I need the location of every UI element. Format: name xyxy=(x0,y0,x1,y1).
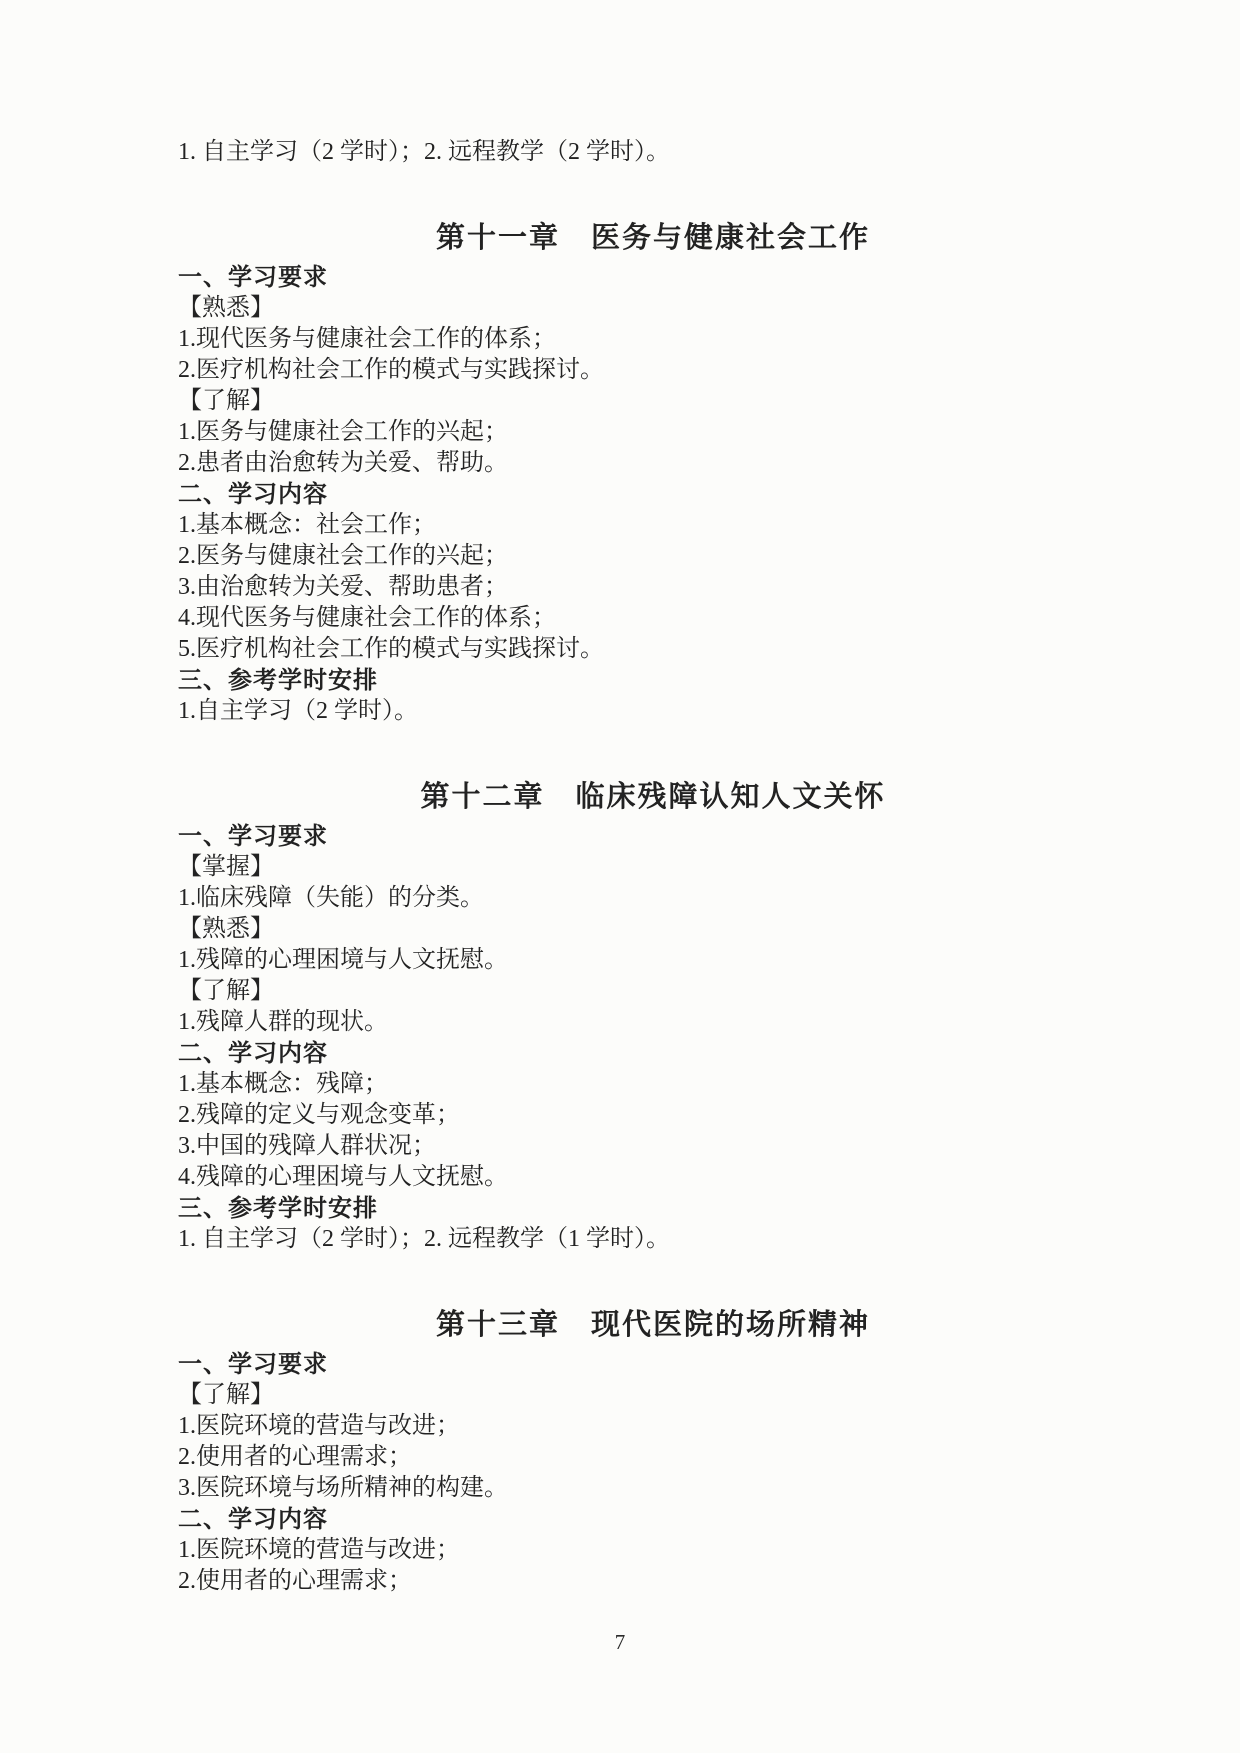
page-number: 7 xyxy=(0,1630,1240,1655)
list-item: 1.现代医务与健康社会工作的体系； xyxy=(178,324,1128,355)
list-item: 4.残障的心理困境与人文抚慰。 xyxy=(178,1162,1128,1193)
section-heading-content: 二、学习内容 xyxy=(178,1504,1128,1535)
section-heading-content: 二、学习内容 xyxy=(178,479,1128,510)
list-item: 1.残障人群的现状。 xyxy=(178,1007,1128,1038)
list-item: 1.医院环境的营造与改进； xyxy=(178,1411,1128,1442)
list-item: 1.医务与健康社会工作的兴起； xyxy=(178,417,1128,448)
list-item: 2.使用者的心理需求； xyxy=(178,1442,1128,1473)
list-item: 3.医院环境与场所精神的构建。 xyxy=(178,1473,1128,1504)
list-item: 1.基本概念：残障； xyxy=(178,1069,1128,1100)
list-item: 5.医疗机构社会工作的模式与实践探讨。 xyxy=(178,634,1128,665)
level-label-master: 【掌握】 xyxy=(178,852,1128,883)
hours-summary-line: 1. 自主学习（2 学时）；2. 远程教学（2 学时）。 xyxy=(178,137,1128,168)
list-item: 4.现代医务与健康社会工作的体系； xyxy=(178,603,1128,634)
level-label-understand: 【了解】 xyxy=(178,976,1128,1007)
chapter-11-title: 第十一章 医务与健康社会工作 xyxy=(178,214,1128,262)
chapter-12-title: 第十二章 临床残障认知人文关怀 xyxy=(178,773,1128,821)
list-item: 1.基本概念：社会工作； xyxy=(178,510,1128,541)
list-item: 1.临床残障（失能）的分类。 xyxy=(178,883,1128,914)
list-item: 2.使用者的心理需求； xyxy=(178,1566,1128,1597)
list-item: 3.中国的残障人群状况； xyxy=(178,1131,1128,1162)
list-item: 2.医疗机构社会工作的模式与实践探讨。 xyxy=(178,355,1128,386)
list-item: 2.残障的定义与观念变革； xyxy=(178,1100,1128,1131)
list-item: 1.残障的心理困境与人文抚慰。 xyxy=(178,945,1128,976)
level-label-familiar: 【熟悉】 xyxy=(178,293,1128,324)
section-heading-content: 二、学习内容 xyxy=(178,1038,1128,1069)
page-content: 1. 自主学习（2 学时）；2. 远程教学（2 学时）。 第十一章 医务与健康社… xyxy=(178,137,1128,1597)
list-item: 3.由治愈转为关爱、帮助患者； xyxy=(178,572,1128,603)
section-heading-requirements: 一、学习要求 xyxy=(178,1349,1128,1380)
level-label-understand: 【了解】 xyxy=(178,386,1128,417)
chapter-13-title: 第十三章 现代医院的场所精神 xyxy=(178,1301,1128,1349)
section-heading-hours: 三、参考学时安排 xyxy=(178,665,1128,696)
list-item: 1.自主学习（2 学时）。 xyxy=(178,696,1128,727)
list-item: 1.医院环境的营造与改进； xyxy=(178,1535,1128,1566)
list-item: 2.患者由治愈转为关爱、帮助。 xyxy=(178,448,1128,479)
section-heading-requirements: 一、学习要求 xyxy=(178,821,1128,852)
section-heading-hours: 三、参考学时安排 xyxy=(178,1193,1128,1224)
section-heading-requirements: 一、学习要求 xyxy=(178,262,1128,293)
level-label-understand: 【了解】 xyxy=(178,1380,1128,1411)
list-item: 1. 自主学习（2 学时）；2. 远程教学（1 学时）。 xyxy=(178,1224,1128,1255)
level-label-familiar: 【熟悉】 xyxy=(178,914,1128,945)
list-item: 2.医务与健康社会工作的兴起； xyxy=(178,541,1128,572)
document-page: 1. 自主学习（2 学时）；2. 远程教学（2 学时）。 第十一章 医务与健康社… xyxy=(0,0,1240,1753)
